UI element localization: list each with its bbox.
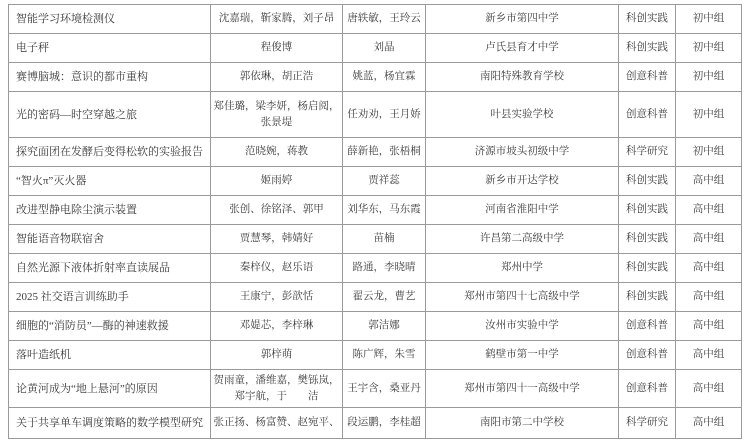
cell-school: 郑州中学 — [426, 254, 619, 283]
cell-students: 邓媞芯，李梓琳 — [211, 312, 343, 341]
cell-students: 沈嘉瑞，靳家腾，刘子昂 — [211, 5, 343, 34]
cell-category: 科创实践 — [619, 254, 676, 283]
cell-school: 南阳特殊教育学校 — [426, 63, 619, 92]
cell-group: 高中组 — [676, 167, 742, 196]
cell-category: 创意科普 — [619, 370, 676, 408]
cell-project: 自然光源下液体折射率直读展品 — [9, 254, 211, 283]
cell-teachers: 任劝劝，王月娇 — [343, 92, 426, 138]
table-row: 改进型静电除尘演示装置 张创、徐铭泽、郭甲 刘华东，马东霞 河南省淮阳中学 科创… — [9, 196, 742, 225]
cell-teachers: 路通，李晓晴 — [343, 254, 426, 283]
cell-project: 赛博脑城：意识的都市重构 — [9, 63, 211, 92]
cell-group: 高中组 — [676, 341, 742, 370]
cell-project: 细胞的“消防员”—酶的神速救援 — [9, 312, 211, 341]
cell-category: 科学研究 — [619, 408, 676, 439]
cell-project: 光的密码—时空穿越之旅 — [9, 92, 211, 138]
cell-group: 高中组 — [676, 196, 742, 225]
cell-category: 科创实践 — [619, 34, 676, 63]
table-row: 探究面团在发酵后变得松软的实验报告 范晓婉，蒋教 薛新艳，张梧桐 济源市坡头初级… — [9, 138, 742, 167]
cell-students: 姬雨婷 — [211, 167, 343, 196]
table-row: 关于共享单车调度策略的数学模型研究 张正扬、杨富赞、赵宛平、 段运鹏，李桂超 南… — [9, 408, 742, 439]
cell-teachers: 陈广辉，朱雪 — [343, 341, 426, 370]
cell-school: 南阳市第二中学校 — [426, 408, 619, 439]
cell-group: 初中组 — [676, 138, 742, 167]
cell-teachers: 薛新艳，张梧桐 — [343, 138, 426, 167]
cell-students: 秦梓仪，赵乐语 — [211, 254, 343, 283]
cell-group: 高中组 — [676, 254, 742, 283]
cell-school: 卢氏县育才中学 — [426, 34, 619, 63]
table-row: “智火π”灭火器 姬雨婷 贾祥蕊 新乡市开达学校 科创实践 高中组 — [9, 167, 742, 196]
cell-teachers: 刘华东，马东霞 — [343, 196, 426, 225]
cell-school: 新乡市第四中学 — [426, 5, 619, 34]
cell-category: 科创实践 — [619, 5, 676, 34]
cell-group: 高中组 — [676, 283, 742, 312]
cell-category: 创意科普 — [619, 312, 676, 341]
cell-category: 创意科普 — [619, 92, 676, 138]
table-row: 电子秤 程俊博 刘晶 卢氏县育才中学 科创实践 初中组 — [9, 34, 742, 63]
table-row: 细胞的“消防员”—酶的神速救援 邓媞芯，李梓琳 郭洁娜 汝州市实验中学 创意科普… — [9, 312, 742, 341]
cell-project: 智能语音物联宿舍 — [9, 225, 211, 254]
cell-school: 新乡市开达学校 — [426, 167, 619, 196]
cell-school: 济源市坡头初级中学 — [426, 138, 619, 167]
cell-group: 初中组 — [676, 92, 742, 138]
table-row: 智能语音物联宿舍 贾慧琴，韩婧好 苗楠 许昌第二高级中学 科创实践 高中组 — [9, 225, 742, 254]
cell-group: 初中组 — [676, 5, 742, 34]
cell-project: 电子秤 — [9, 34, 211, 63]
results-table: 智能学习环境检测仪 沈嘉瑞，靳家腾，刘子昂 唐轶敏，王玲云 新乡市第四中学 科创… — [8, 4, 742, 439]
cell-teachers: 贾祥蕊 — [343, 167, 426, 196]
cell-project: “智火π”灭火器 — [9, 167, 211, 196]
table-row: 自然光源下液体折射率直读展品 秦梓仪，赵乐语 路通，李晓晴 郑州中学 科创实践 … — [9, 254, 742, 283]
cell-group: 高中组 — [676, 312, 742, 341]
cell-project: 改进型静电除尘演示装置 — [9, 196, 211, 225]
cell-school: 河南省淮阳中学 — [426, 196, 619, 225]
table-row: 光的密码—时空穿越之旅 郑佳璐，梁李妍，杨启阅， 张景堤 任劝劝，王月娇 叶县实… — [9, 92, 742, 138]
table-row: 赛博脑城：意识的都市重构 郭依琳，胡正浩 姚蓝，杨宜霖 南阳特殊教育学校 创意科… — [9, 63, 742, 92]
cell-teachers: 郭洁娜 — [343, 312, 426, 341]
cell-category: 科创实践 — [619, 196, 676, 225]
cell-category: 创意科普 — [619, 341, 676, 370]
cell-project: 2025 社交语言训练助手 — [9, 283, 211, 312]
cell-students: 王康宁，彭歆恬 — [211, 283, 343, 312]
cell-students: 郑佳璐，梁李妍，杨启阅， 张景堤 — [211, 92, 343, 138]
cell-project: 论黄河成为“地上悬河”的原因 — [9, 370, 211, 408]
table-row: 落叶造纸机 郭梓萌 陈广辉，朱雪 鹤壁市第一中学 创意科普 高中组 — [9, 341, 742, 370]
cell-group: 高中组 — [676, 370, 742, 408]
cell-category: 科创实践 — [619, 283, 676, 312]
cell-teachers: 刘晶 — [343, 34, 426, 63]
cell-school: 郑州市第四十一高级中学 — [426, 370, 619, 408]
cell-teachers: 姚蓝，杨宜霖 — [343, 63, 426, 92]
cell-students: 贾慧琴，韩婧好 — [211, 225, 343, 254]
cell-group: 初中组 — [676, 34, 742, 63]
table-row: 2025 社交语言训练助手 王康宁，彭歆恬 翟云龙，曹艺 郑州市第四十七高级中学… — [9, 283, 742, 312]
cell-school: 叶县实验学校 — [426, 92, 619, 138]
table-row: 论黄河成为“地上悬河”的原因 贺雨童，潘维嘉，樊铄岚， 郑宇航，于 洁 王宇含，… — [9, 370, 742, 408]
cell-category: 科创实践 — [619, 167, 676, 196]
cell-project: 探究面团在发酵后变得松软的实验报告 — [9, 138, 211, 167]
cell-students: 郭梓萌 — [211, 341, 343, 370]
cell-students: 张创、徐铭泽、郭甲 — [211, 196, 343, 225]
cell-teachers: 段运鹏，李桂超 — [343, 408, 426, 439]
cell-school: 鹤壁市第一中学 — [426, 341, 619, 370]
cell-school: 汝州市实验中学 — [426, 312, 619, 341]
cell-project: 落叶造纸机 — [9, 341, 211, 370]
cell-teachers: 翟云龙，曹艺 — [343, 283, 426, 312]
cell-teachers: 苗楠 — [343, 225, 426, 254]
cell-group: 初中组 — [676, 63, 742, 92]
cell-school: 郑州市第四十七高级中学 — [426, 283, 619, 312]
cell-students: 张正扬、杨富赞、赵宛平、 — [211, 408, 343, 439]
cell-students: 范晓婉，蒋教 — [211, 138, 343, 167]
cell-project: 关于共享单车调度策略的数学模型研究 — [9, 408, 211, 439]
cell-group: 高中组 — [676, 408, 742, 439]
cell-category: 创意科普 — [619, 63, 676, 92]
cell-category: 科创实践 — [619, 225, 676, 254]
cell-project: 智能学习环境检测仪 — [9, 5, 211, 34]
cell-students: 贺雨童，潘维嘉，樊铄岚， 郑宇航，于 洁 — [211, 370, 343, 408]
cell-group: 高中组 — [676, 225, 742, 254]
cell-students: 郭依琳，胡正浩 — [211, 63, 343, 92]
table-row: 智能学习环境检测仪 沈嘉瑞，靳家腾，刘子昂 唐轶敏，王玲云 新乡市第四中学 科创… — [9, 5, 742, 34]
cell-category: 科学研究 — [619, 138, 676, 167]
cell-students: 程俊博 — [211, 34, 343, 63]
cell-teachers: 唐轶敏，王玲云 — [343, 5, 426, 34]
cell-school: 许昌第二高级中学 — [426, 225, 619, 254]
cell-teachers: 王宇含，桑亚丹 — [343, 370, 426, 408]
page: 智能学习环境检测仪 沈嘉瑞，靳家腾，刘子昂 唐轶敏，王玲云 新乡市第四中学 科创… — [0, 0, 750, 440]
